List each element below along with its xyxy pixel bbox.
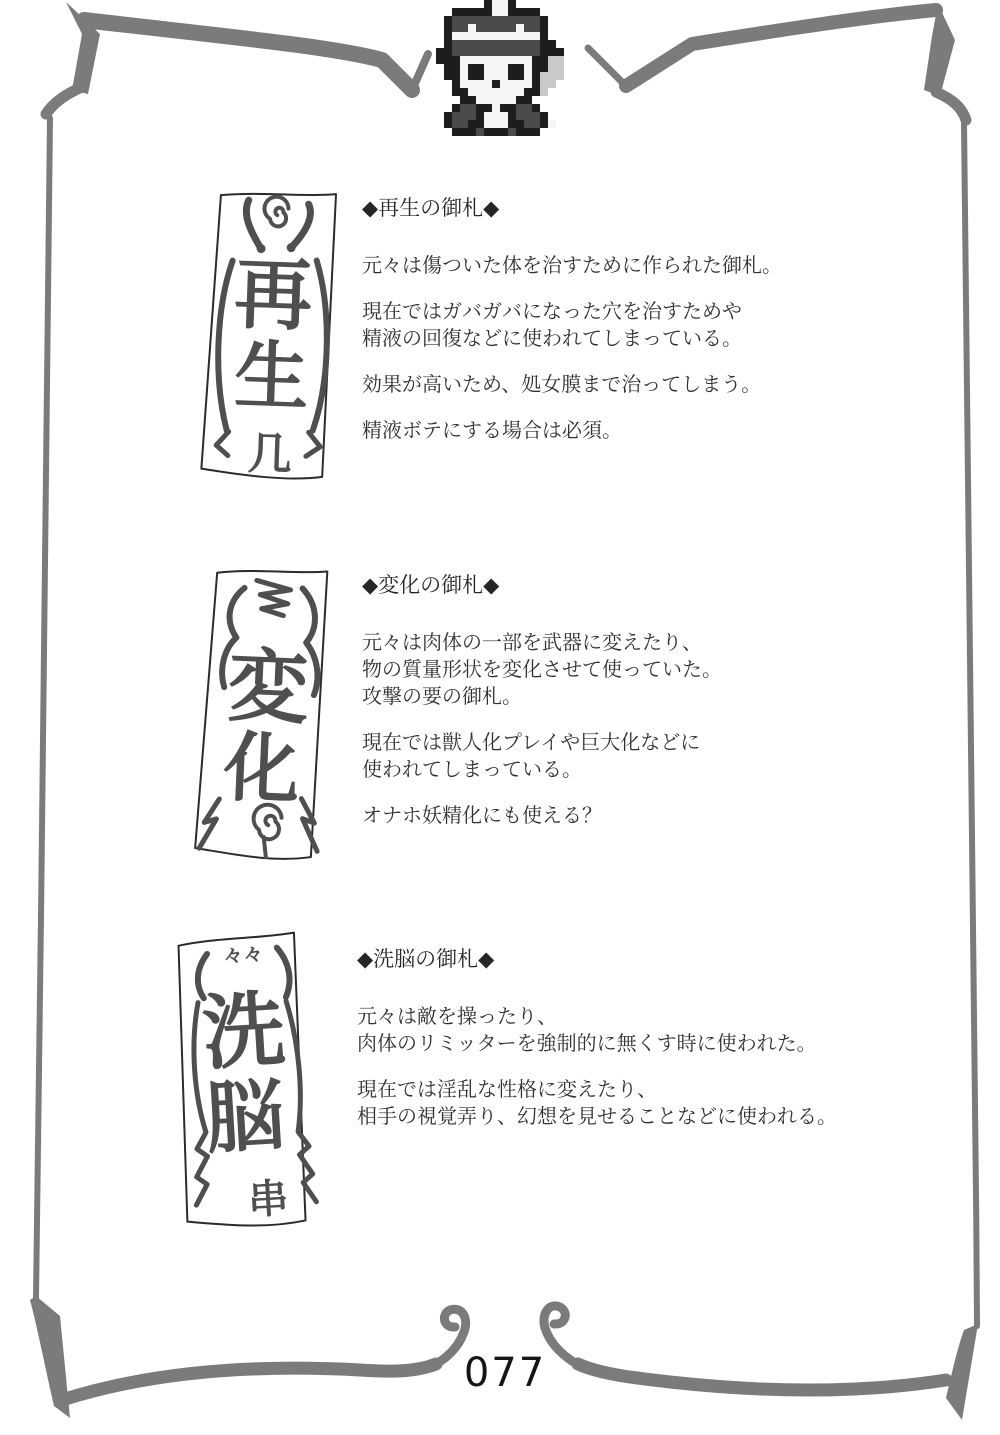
talisman-image-transformation: 変 化: [182, 560, 350, 871]
frame-top-edge-right: [626, 10, 936, 86]
frame-corner-top-right: [924, 4, 955, 96]
doujin-page: 再 生 几 ◆再生の御札◆ 元々は傷ついた体を治すために作られた御札。 現在では…: [0, 0, 1000, 1435]
frame-bottom-edge-right: [578, 1364, 946, 1390]
frame-bottom-edge-left: [62, 1364, 436, 1400]
talisman-char: 生: [233, 333, 310, 422]
talisman-char: 変: [226, 638, 310, 735]
paragraph: オナホ妖精化にも使える？: [362, 802, 962, 829]
frame-jog-top-right: [936, 92, 966, 120]
talisman-char: 脳: [203, 1070, 286, 1166]
paragraph: 現在では淫乱な性格に変えたり、 相手の視覚弄り、幻想を見せることなどに使われる。: [357, 1076, 957, 1130]
section-title: ◆洗脳の御札◆: [357, 946, 957, 973]
section-title: ◆再生の御札◆: [362, 195, 962, 222]
section-brainwashing: ◆洗脳の御札◆ 元々は敵を操ったり、 肉体のリミッターを強制的に無くす時に使われ…: [357, 946, 957, 1149]
frame-top-notch-right: [588, 48, 626, 86]
talisman-char: 再: [233, 249, 314, 343]
frame-left-edge: [36, 118, 50, 1298]
paragraph: 元々は傷ついた体を治すために作られた御札。: [362, 252, 962, 279]
frame-right-edge: [964, 122, 977, 1326]
page-number: 077: [425, 1350, 585, 1396]
section-transformation: ◆変化の御札◆ 元々は肉体の一部を武器に変えたり、 物の質量形状を変化させて使っ…: [362, 572, 962, 848]
section-title: ◆変化の御札◆: [362, 572, 962, 599]
talisman-image-brainwashing: 々々 洗 脳 串: [154, 925, 332, 1239]
frame-jog-top-left: [46, 86, 84, 114]
paragraph: 元々は肉体の一部を武器に変えたり、 物の質量形状を変化させて使っていた。 攻撃の…: [362, 629, 962, 710]
talisman-bottom-mark: 几: [247, 428, 293, 481]
frame-top-edge-left: [84, 20, 412, 90]
frame-top-notch-left: [412, 54, 428, 90]
frame-corner-bottom-right: [946, 1324, 978, 1420]
paragraph: 精液ボテにする場合は必須。: [362, 417, 962, 444]
paragraph: 元々は敵を操ったり、 肉体のリミッターを強制的に無くす時に使われた。: [357, 1003, 957, 1057]
talisman-char: 洗: [200, 981, 288, 1082]
paragraph: 現在では獣人化プレイや巨大化などに 使われてしまっている。: [362, 729, 962, 783]
talisman-top-mark: 々々: [223, 942, 264, 968]
chibi-character-sprite: [436, 0, 572, 136]
talisman-image-regeneration: 再 生 几: [191, 184, 351, 489]
paragraph: 現在ではガバガバになった穴を治すためや 精液の回復などに使われてしまっている。: [362, 298, 962, 352]
section-regeneration: ◆再生の御札◆ 元々は傷ついた体を治すために作られた御札。 現在ではガバガバにな…: [362, 195, 962, 463]
paragraph: 効果が高いため、処女膜まで治ってしまう。: [362, 371, 962, 398]
talisman-bottom-mark: 串: [247, 1175, 290, 1224]
talisman-char: 化: [221, 722, 302, 814]
